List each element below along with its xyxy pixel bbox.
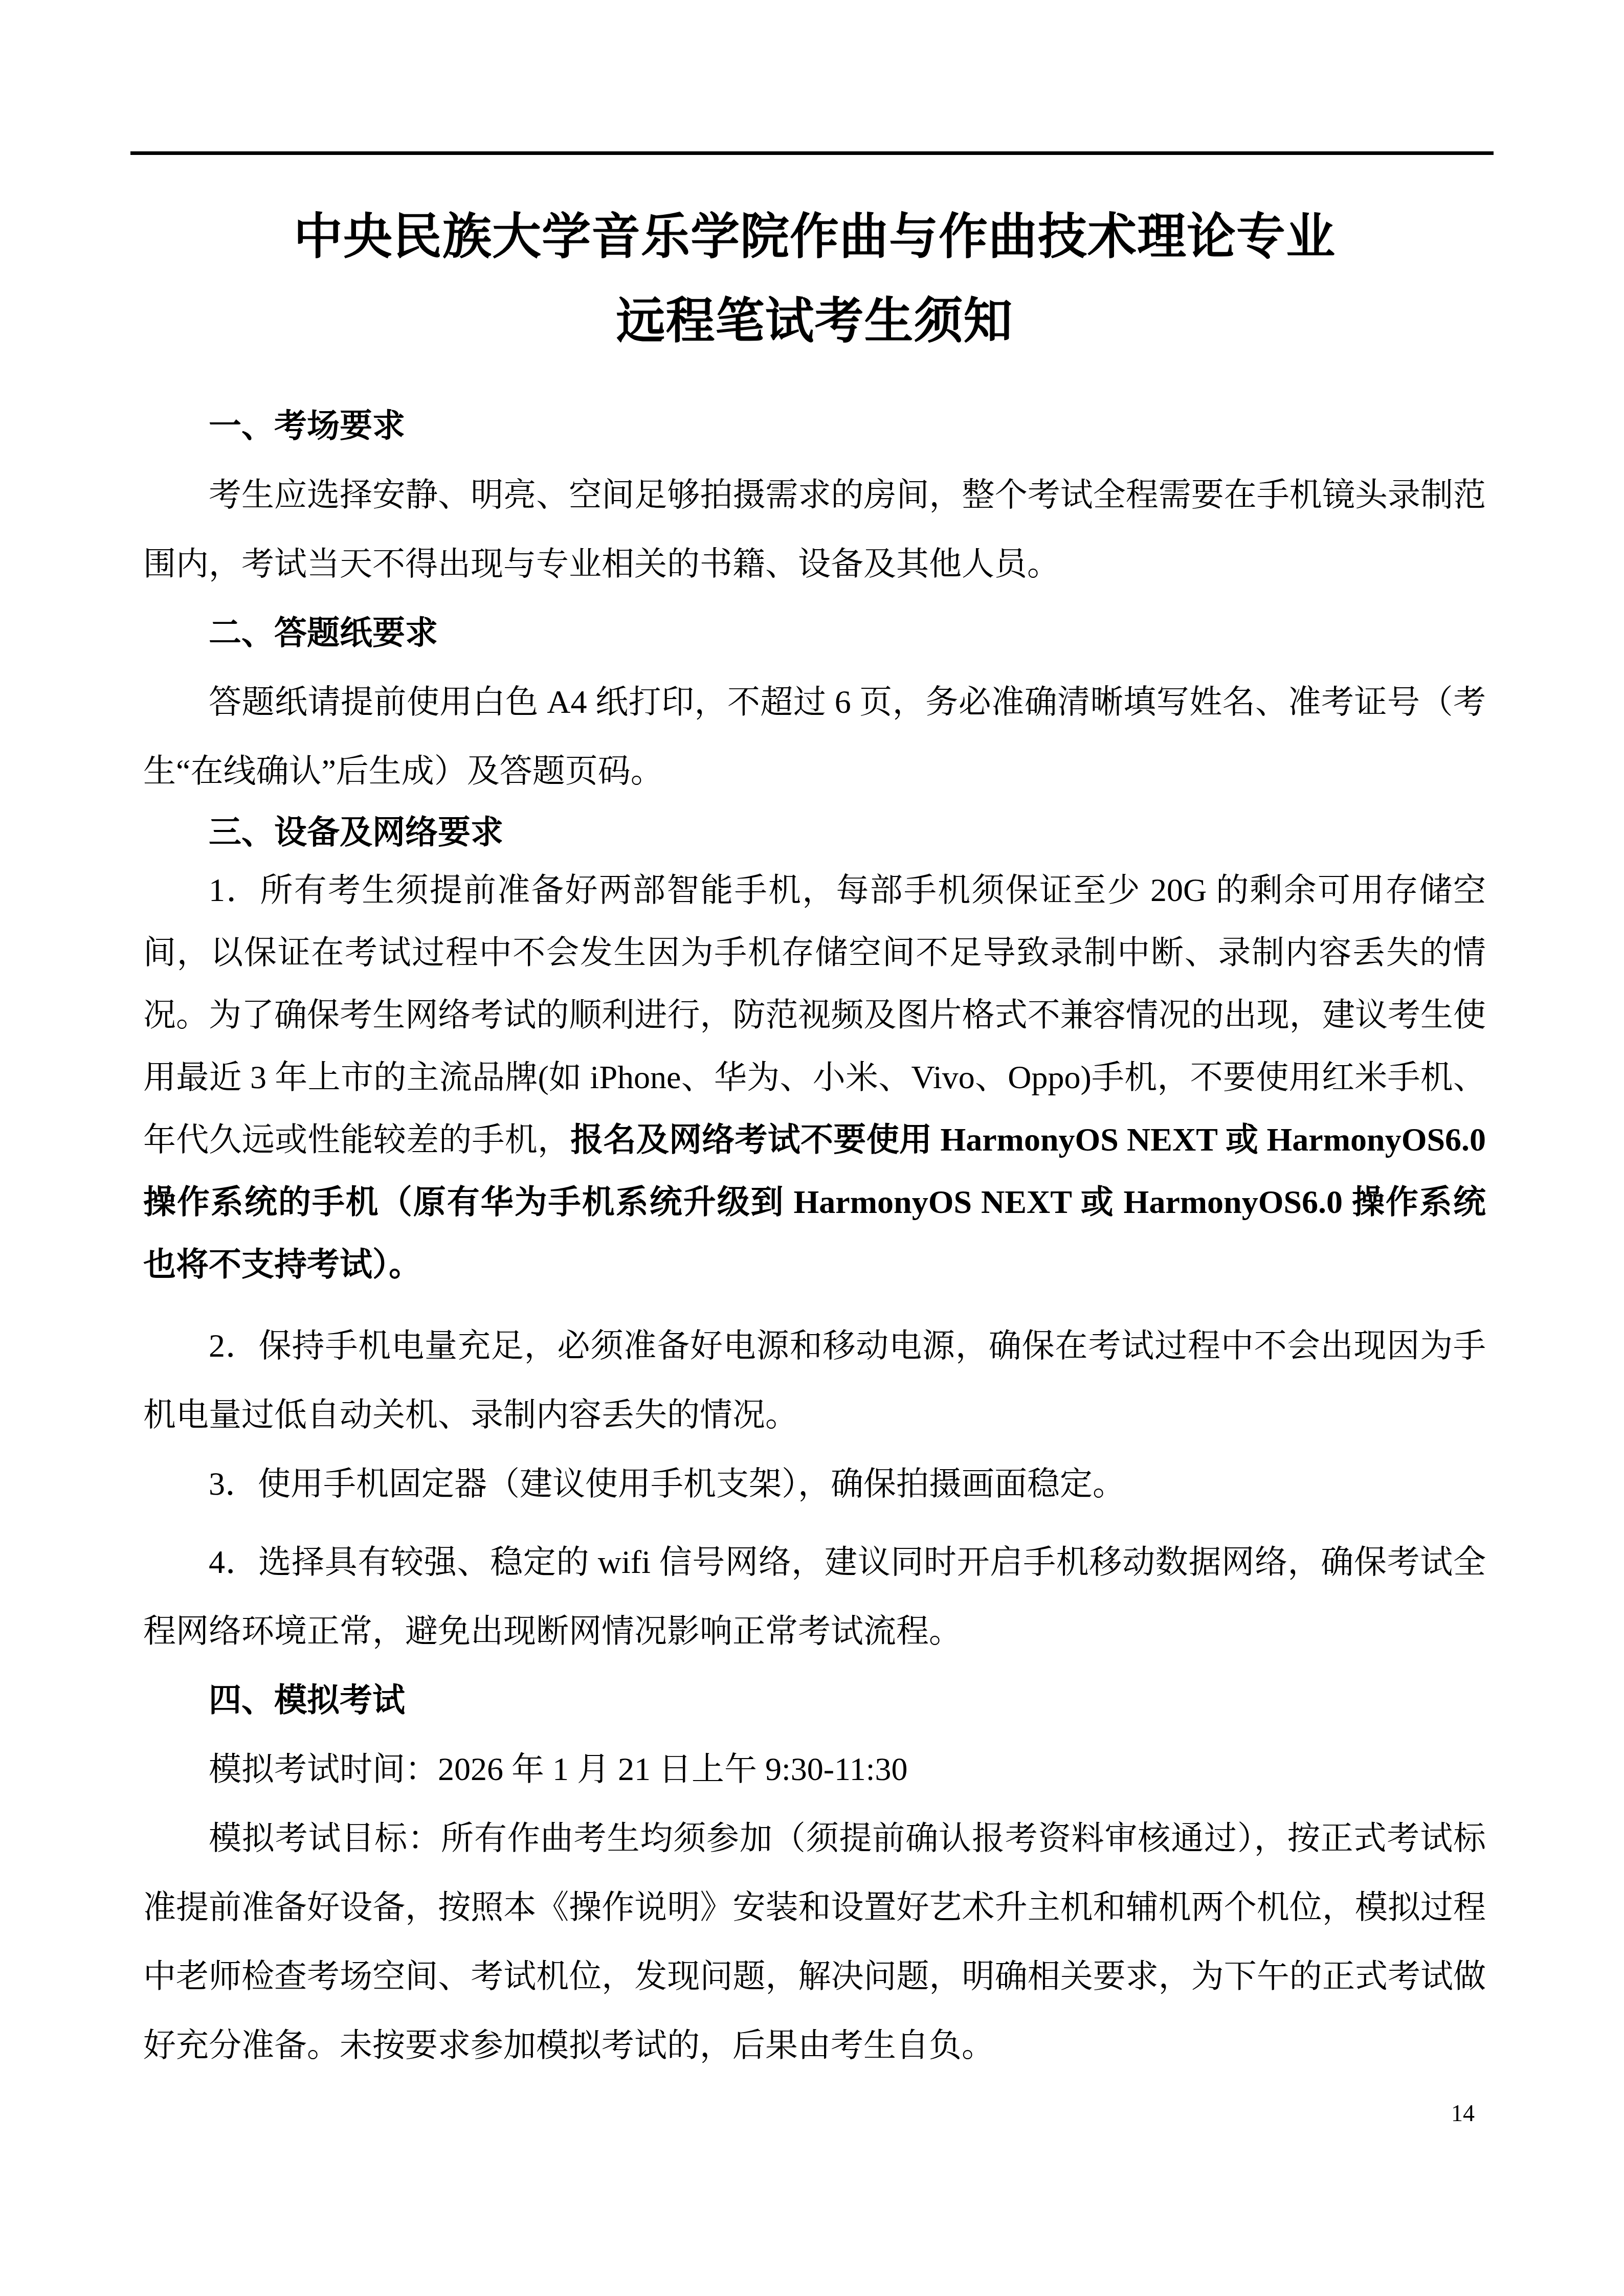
section-2-paragraph: 答题纸请提前使用白色 A4 纸打印，不超过 6 页，务必准确清晰填写姓名、准考证… [143,667,1486,805]
section-1-heading: 一、考场要求 [143,391,1486,460]
header-top-border [130,151,1494,155]
document-title-line-2: 远程笔试考生须知 [143,279,1486,363]
section-3-item-4: 4．选择具有较强、稳定的 wifi 信号网络，建议同时开启手机移动数据网络，确保… [143,1527,1486,1665]
section-3-item-2: 2．保持手机电量充足，必须准备好电源和移动电源，确保在考试过程中不会出现因为手机… [143,1311,1486,1449]
section-4-heading: 四、模拟考试 [143,1665,1486,1735]
document-title: 中央民族大学音乐学院作曲与作曲技术理论专业 远程笔试考生须知 [143,194,1486,363]
page-number: 14 [1451,2101,1475,2126]
section-2-heading: 二、答题纸要求 [143,598,1486,667]
section-3-heading: 三、设备及网络要求 [143,805,1486,859]
section-1-paragraph: 考生应选择安静、明亮、空间足够拍摄需求的房间，整个考试全程需要在手机镜头录制范围… [143,460,1486,598]
document-title-line-1: 中央民族大学音乐学院作曲与作曲技术理论专业 [143,194,1486,279]
section-3-item-3: 3．使用手机固定器（建议使用手机支架），确保拍摄画面稳定。 [143,1449,1486,1518]
mock-exam-time: 模拟考试时间：2026 年 1 月 21 日上午 9:30-11:30 [143,1735,1486,1804]
section-3-item-1-text: 1．所有考生须提前准备好两部智能手机，每部手机须保证至少 20G 的剩余可用存储… [143,872,1486,1158]
document-page: 中央民族大学音乐学院作曲与作曲技术理论专业 远程笔试考生须知 一、考场要求 考生… [0,0,1624,2296]
mock-exam-target: 模拟考试目标：所有作曲考生均须参加（须提前确认报考资料审核通过），按正式考试标准… [143,1804,1486,2080]
section-3-item-1: 1．所有考生须提前准备好两部智能手机，每部手机须保证至少 20G 的剩余可用存储… [143,859,1486,1296]
document-content: 中央民族大学音乐学院作曲与作曲技术理论专业 远程笔试考生须知 一、考场要求 考生… [143,194,1486,2080]
